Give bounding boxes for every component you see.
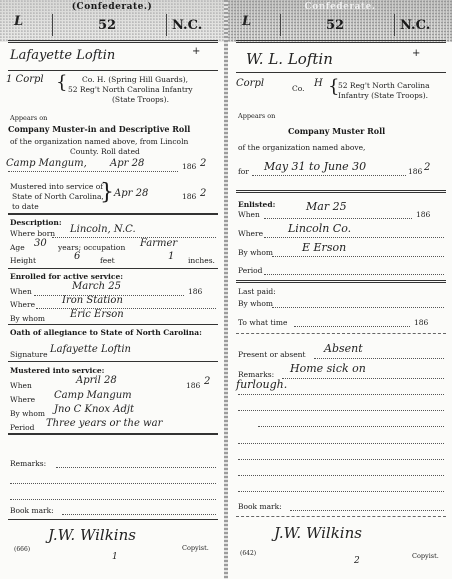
header-title: Confederate. (228, 2, 452, 12)
copyist-label: Copyist. (412, 552, 439, 560)
soldier-name: W. L. Loftin (246, 50, 333, 68)
roll-desc-1: of the organization named above, from Li… (10, 137, 188, 146)
enrolled-when: March 25 (72, 281, 121, 292)
enrolled-label: Enrolled for active service: (10, 272, 123, 281)
muster-card-left: (Confederate.) L 52 N.C. Lafayette Lofti… (0, 0, 224, 579)
enrolled-by: Eric Erson (70, 309, 124, 320)
mi-where: Camp Mangum (54, 390, 132, 401)
page-number: 1 (112, 552, 118, 562)
copyist-signature: J.W. Wilkins (48, 526, 136, 544)
copyist-label: Copyist. (182, 544, 209, 552)
header-box-mark: L (14, 14, 23, 29)
year-prefix: 186 (408, 167, 422, 176)
roll-dated-place: Camp Mangum, (6, 158, 87, 169)
appears-on-label: Appears on (238, 112, 275, 120)
mi-when-label: When (10, 381, 32, 390)
header-title: (Confederate.) (0, 2, 224, 12)
mustered-year: 2 (200, 188, 206, 199)
brace: } (100, 180, 114, 205)
mustered-label-3: to date (12, 202, 39, 211)
unit-line-3: (State Troops). (112, 95, 169, 104)
form-number: (642) (240, 550, 256, 557)
year-prefix: 186 (182, 162, 196, 171)
for-label: for (238, 167, 249, 176)
unit-line-2: 52 Reg't North Carolina Infantry (68, 85, 193, 94)
en-by-label: By whom (238, 248, 273, 257)
unit-line-1: 52 Reg't North Carolina (338, 81, 430, 90)
rank: 1 Corpl (6, 74, 44, 85)
present-absent: Absent (324, 342, 363, 355)
mi-when: April 28 (76, 375, 117, 386)
enrolled-by-label: By whom (10, 314, 45, 323)
enrolled-where: Iron Station (62, 295, 123, 306)
en-by: E Erson (302, 241, 346, 254)
where-born: Lincoln, N.C. (70, 224, 136, 235)
roll-period: May 31 to June 30 (264, 160, 366, 173)
name-mark: + (412, 48, 420, 59)
signature-label: Signature (10, 350, 48, 359)
year-prefix: 186 (182, 192, 196, 201)
book-mark-label: Book mark: (238, 502, 282, 511)
roll-desc-2: County. Roll dated (70, 147, 140, 156)
lp-by-label: By whom (238, 299, 273, 308)
feet-label: feet (100, 256, 115, 265)
height-inches: 1 (168, 251, 174, 262)
mi-year: 2 (204, 376, 210, 387)
mi-by: Jno C Knox Adjt (54, 404, 134, 415)
unit-line-2: Infantry (State Troops). (338, 91, 428, 100)
roll-title: Company Muster Roll (288, 126, 385, 136)
roll-dated-date: Apr 28 (110, 158, 144, 169)
oath-signature: Lafayette Loftin (50, 344, 131, 355)
age: 30 (34, 238, 47, 249)
en-when-label: When (238, 210, 260, 219)
mustered-date: Apr 28 (114, 188, 148, 199)
card-header: (Confederate.) L 52 N.C. (0, 0, 224, 42)
enrolled-when-label: When (10, 287, 32, 296)
year-prefix: 186 (188, 287, 202, 296)
occupation-label: years; occupation (58, 243, 125, 252)
to-what-time-label: To what time (238, 318, 287, 327)
en-when: Mar 25 (306, 200, 347, 213)
copyist-signature: J.W. Wilkins (274, 524, 362, 542)
appears-on-label: Appears on (10, 114, 47, 122)
height-label: Height (10, 256, 36, 265)
regiment-number: 52 (326, 18, 344, 33)
remarks-line-1: Home sick on (290, 362, 366, 375)
header-box-mark: L (242, 14, 251, 29)
brace: { (56, 72, 67, 93)
state-abbrev: N.C. (400, 18, 430, 33)
inches-label: inches. (188, 256, 215, 265)
age-label: Age (10, 243, 25, 252)
rank: Corpl (236, 78, 264, 89)
company: H (314, 78, 323, 89)
roll-dated-year: 2 (200, 158, 206, 169)
muster-card-right: Confederate. L 52 N.C. W. L. Loftin + Co… (228, 0, 452, 579)
regiment-number: 52 (98, 18, 116, 33)
mustered-into-label: Mustered into service: (10, 366, 104, 375)
where-born-label: Where born (10, 229, 55, 238)
mi-where-label: Where (10, 395, 35, 404)
state-abbrev: N.C. (172, 18, 202, 33)
occupation: Farmer (140, 238, 177, 249)
roll-year: 2 (424, 162, 430, 173)
remarks-line-2: furlough. (236, 378, 287, 391)
soldier-name: Lafayette Loftin (10, 48, 115, 63)
year-prefix: 186 (186, 381, 200, 390)
mustered-label-1: Mustered into service of (10, 182, 103, 191)
year-prefix: 186 (414, 318, 428, 327)
remarks-label: Remarks: (10, 459, 46, 468)
last-paid-label: Last paid: (238, 287, 276, 296)
height-feet: 6 (74, 251, 80, 262)
card-header: Confederate. L 52 N.C. (228, 0, 452, 42)
enrolled-where-label: Where (10, 300, 35, 309)
roll-desc: of the organization named above, (238, 143, 365, 152)
en-where-label: Where (238, 229, 263, 238)
unit-line-1: Co. H. (Spring Hill Guards), (82, 75, 188, 84)
co-label: Co. (292, 84, 305, 93)
book-mark-label: Book mark: (10, 506, 54, 515)
en-where: Lincoln Co. (288, 222, 351, 235)
page-number: 2 (354, 556, 360, 566)
name-mark: + (192, 46, 200, 57)
period-label: Period (10, 423, 34, 432)
year-prefix: 186 (416, 210, 430, 219)
form-number: (666) (14, 546, 30, 553)
description-label: Description: (10, 218, 62, 227)
enlisted-label: Enlisted: (238, 200, 275, 209)
period: Three years or the war (46, 418, 162, 429)
oath-label: Oath of allegiance to State of North Car… (10, 328, 202, 337)
present-absent-label: Present or absent (238, 350, 305, 359)
roll-title: Company Muster-in and Descriptive Roll (8, 124, 190, 134)
en-period-label: Period (238, 266, 262, 275)
mustered-label-2: State of North Carolina, (12, 192, 104, 201)
mi-by-label: By whom (10, 409, 45, 418)
